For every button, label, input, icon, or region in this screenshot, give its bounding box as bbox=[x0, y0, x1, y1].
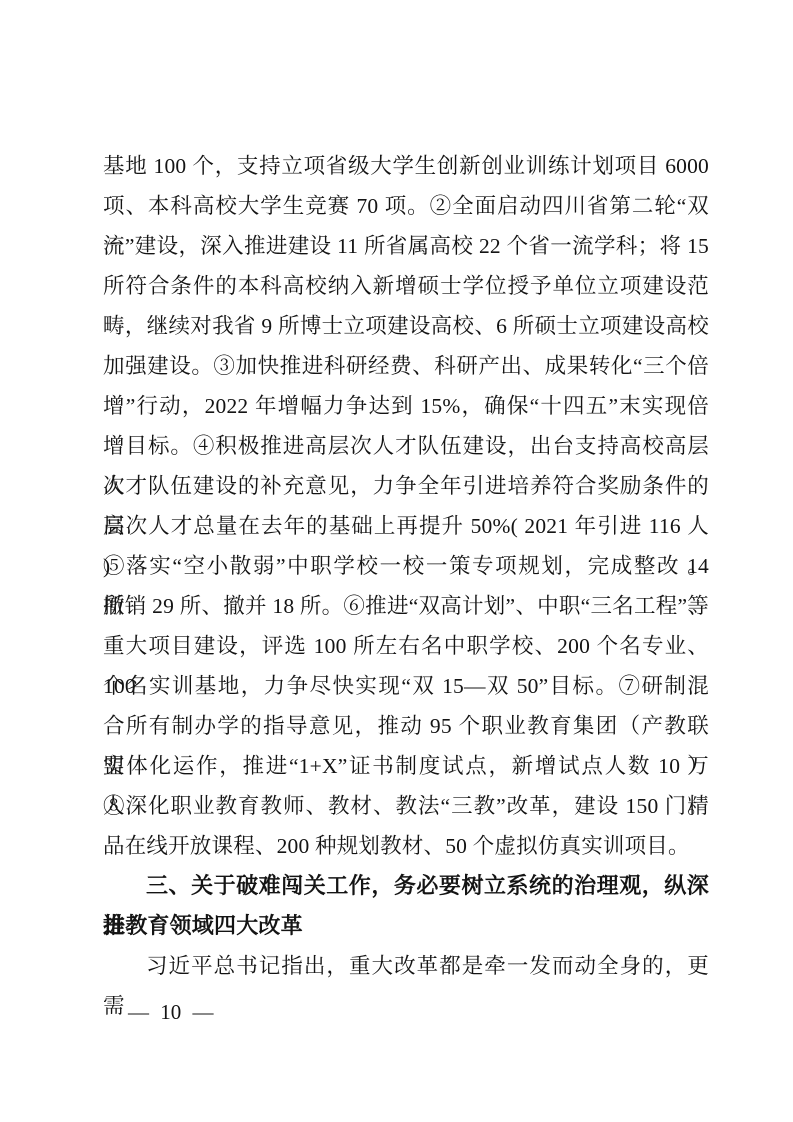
body-text-line: 个名实训基地，力争尽快实现“双 15—双 50”目标。⑦研制混 bbox=[103, 666, 709, 706]
body-text-line: 基地 100 个，支持立项省级大学生创新创业训练计划项目 6000 bbox=[103, 146, 709, 186]
body-text-line: 合所有制办学的指导意见，推动 95 个职业教育集团（产教联盟） bbox=[103, 706, 709, 746]
body-text-line: 人才队伍建设的补充意见，力争全年引进培养符合奖励条件的高 bbox=[103, 466, 709, 506]
section-heading-line: 三、关于破难闯关工作，务必要树立系统的治理观，纵深推 bbox=[103, 866, 709, 906]
section-heading-line: 进教育领域四大改革 bbox=[103, 906, 709, 946]
body-text-line: 习近平总书记指出，重大改革都是牵一发而动全身的，更需 bbox=[103, 946, 709, 986]
body-text-line: 所符合条件的本科高校纳入新增硕士学位授予单位立项建设范 bbox=[103, 266, 709, 306]
body-text-line: 实体化运作，推进“1+X”证书制度试点，新增试点人数 10 万人。 bbox=[103, 746, 709, 786]
document-page: 基地 100 个，支持立项省级大学生创新创业训练计划项目 6000 项、本科高校… bbox=[0, 0, 793, 1122]
body-text-line: 层次人才总量在去年的基础上再提升 50%( 2021 年引进 116 人 )。 bbox=[103, 506, 709, 546]
body-text-line: 项、本科高校大学生竞赛 70 项。②全面启动四川省第二轮“双一 bbox=[103, 186, 709, 226]
body-text-line: 加强建设。③加快推进科研经费、科研产出、成果转化“三个倍 bbox=[103, 346, 709, 386]
body-text-line: 增目标。④积极推进高层次人才队伍建设，出台支持高校高层次 bbox=[103, 426, 709, 466]
page-number: — 10 — bbox=[128, 997, 214, 1027]
body-text-line: 重大项目建设，评选 100 所左右名中职学校、200 个名专业、100 bbox=[103, 626, 709, 666]
body-text-line: 品在线开放课程、200 种规划教材、50 个虚拟仿真实训项目。 bbox=[103, 826, 709, 866]
body-text-line: 流”建设，深入推进建设 11 所省属高校 22 个省一流学科；将 15 bbox=[103, 226, 709, 266]
body-text-line: 畴，继续对我省 9 所博士立项建设高校、6 所硕士立项建设高校 bbox=[103, 306, 709, 346]
body-text-line: ⑤落实“空小散弱”中职学校一校一策专项规划，完成整改 14 所、 bbox=[103, 546, 709, 586]
body-text-line: 增”行动，2022 年增幅力争达到 15%，确保“十四五”末实现倍 bbox=[103, 386, 709, 426]
body-text-line: 撤销 29 所、撤并 18 所。⑥推进“双高计划”、中职“三名工程”等 bbox=[103, 586, 709, 626]
document-text-block: 基地 100 个，支持立项省级大学生创新创业训练计划项目 6000 项、本科高校… bbox=[103, 146, 709, 986]
body-text-line: ⑧深化职业教育教师、教材、教法“三教”改革，建设 150 门精 bbox=[103, 786, 709, 826]
